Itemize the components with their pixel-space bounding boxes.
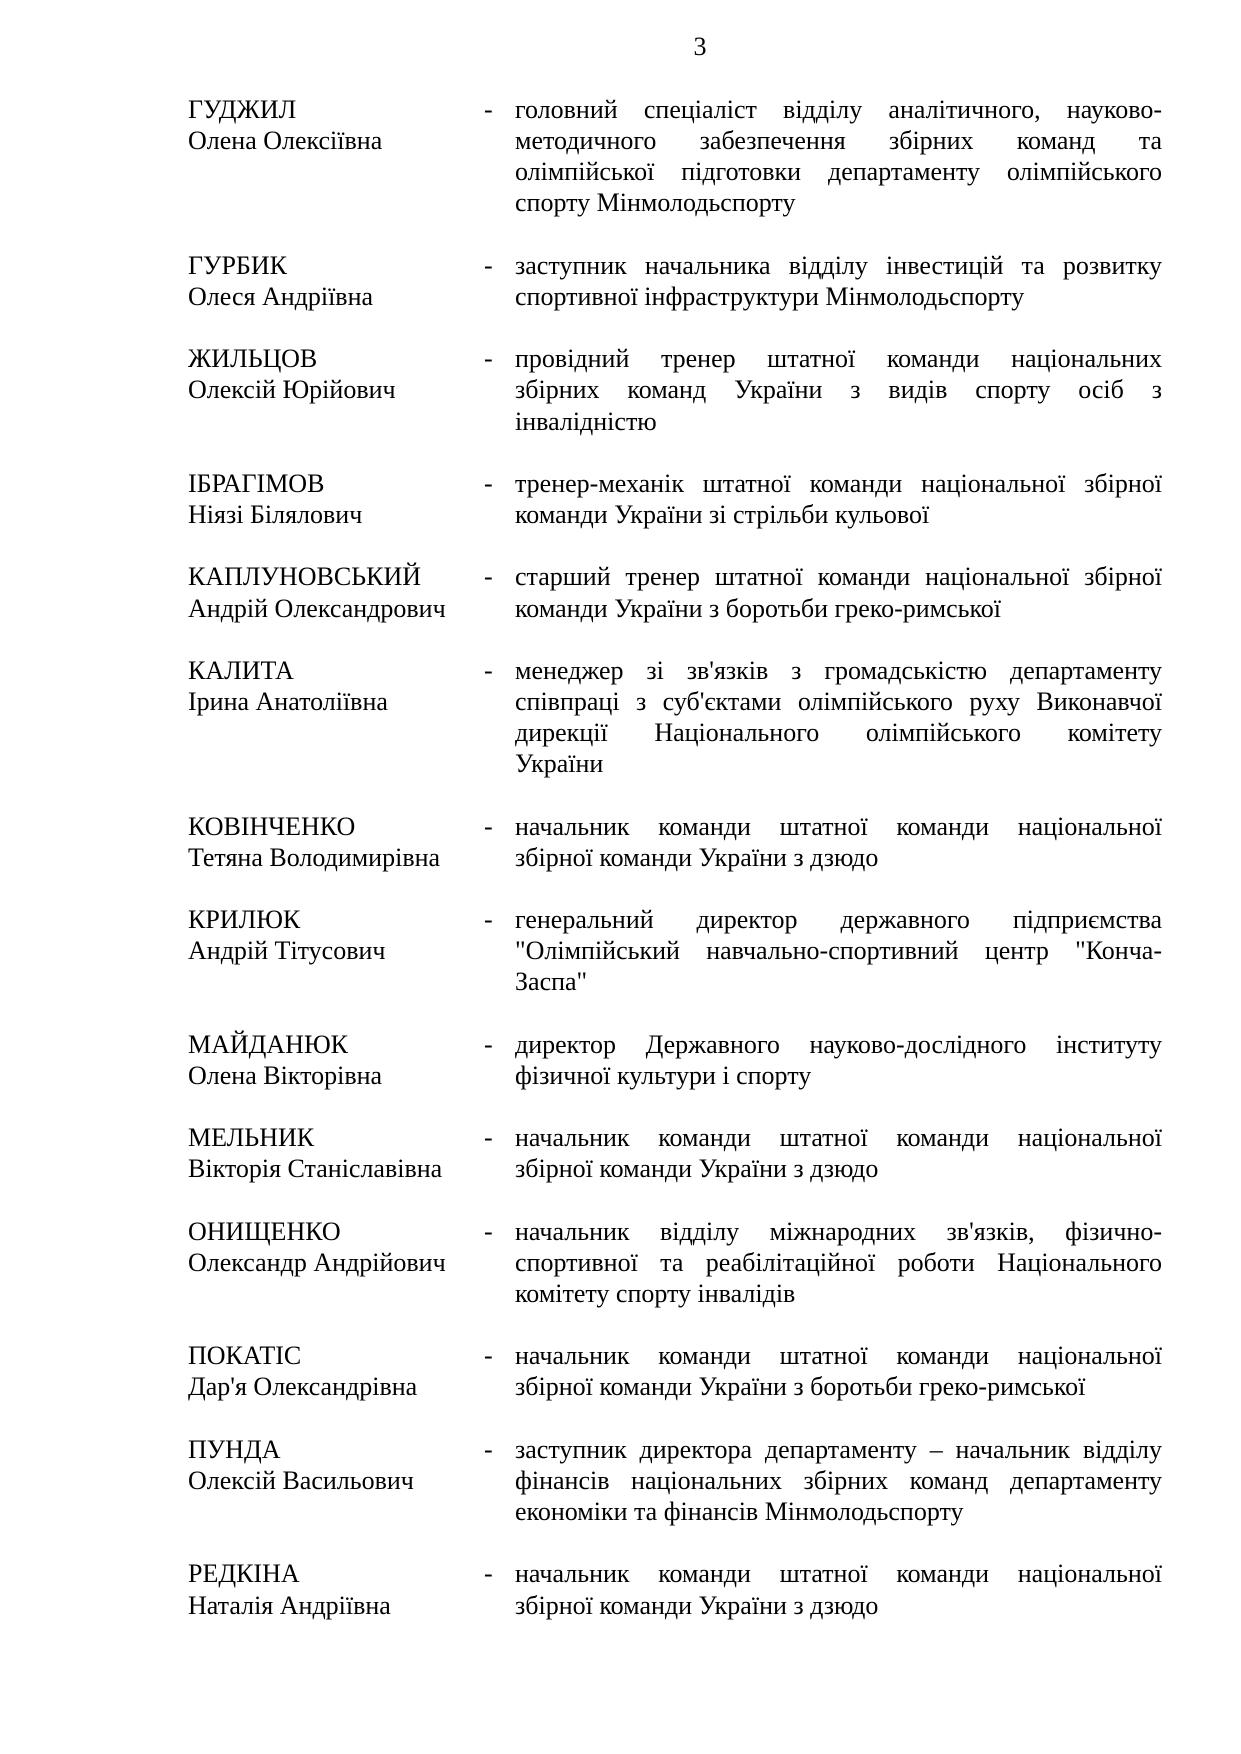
description-line: фінансів національних збірних команд деп… xyxy=(515,1465,1162,1496)
person-name: ГУДЖИЛ Олена Олексіївна xyxy=(188,94,488,156)
description-line: генеральний директор державного підприєм… xyxy=(515,904,1162,935)
person-name: ГУРБИК Олеся Андріївна xyxy=(188,250,488,312)
list-item: ПОКАТІС Дар'я Олександрівна - начальник … xyxy=(0,1340,1241,1402)
separator-dash: - xyxy=(484,561,493,592)
description-line: інвалідністю xyxy=(515,406,1162,437)
list-item: ГУДЖИЛ Олена Олексіївна - головний спеці… xyxy=(0,94,1241,219)
list-item: КРИЛЮК Андрій Тітусович - генеральний ди… xyxy=(0,904,1241,997)
separator-dash: - xyxy=(484,1558,493,1589)
position-description: тренер-механік штатної команди національ… xyxy=(515,468,1162,530)
description-line: провідний тренер штатної команди націона… xyxy=(515,343,1162,374)
person-given-names: Ірина Анатоліївна xyxy=(188,686,488,717)
description-line: фізичної культури і спорту xyxy=(515,1060,1162,1091)
person-surname: КАЛИТА xyxy=(188,655,488,686)
description-line: спорту Мінмолодьспорту xyxy=(515,187,1162,218)
person-name: ІБРАГІМОВ Ніязі Білялович xyxy=(188,468,488,530)
separator-dash: - xyxy=(484,94,493,125)
person-given-names: Олексій Юрійович xyxy=(188,374,488,405)
person-given-names: Олена Вікторівна xyxy=(188,1060,488,1091)
person-name: РЕДКІНА Наталія Андріївна xyxy=(188,1558,488,1620)
list-item: КАЛИТА Ірина Анатоліївна - менеджер зі з… xyxy=(0,655,1241,780)
description-line: "Олімпійський навчально-спортивний центр… xyxy=(515,935,1162,966)
person-given-names: Тетяна Володимирівна xyxy=(188,842,488,873)
person-surname: КОВІНЧЕНКО xyxy=(188,811,488,842)
separator-dash: - xyxy=(484,904,493,935)
description-line: олімпійської підготовки департаменту олі… xyxy=(515,156,1162,187)
description-line: заступник начальника відділу інвестицій … xyxy=(515,250,1162,281)
description-line: менеджер зі зв'язків з громадськістю деп… xyxy=(515,655,1162,686)
list-item: РЕДКІНА Наталія Андріївна - начальник ко… xyxy=(0,1558,1241,1620)
person-surname: ГУРБИК xyxy=(188,250,488,281)
description-line: команди України з боротьби греко-римсько… xyxy=(515,593,1162,624)
description-line: комітету спорту інвалідів xyxy=(515,1278,1162,1309)
separator-dash: - xyxy=(484,1216,493,1247)
person-surname: КАПЛУНОВСЬКИЙ xyxy=(188,561,488,592)
person-name: ЖИЛЬЦОВ Олексій Юрійович xyxy=(188,343,488,405)
person-given-names: Андрій Олександрович xyxy=(188,593,488,624)
position-description: старший тренер штатної команди національ… xyxy=(515,561,1162,623)
person-surname: ПОКАТІС xyxy=(188,1340,488,1371)
description-line: методичного забезпечення збірних команд … xyxy=(515,125,1162,156)
person-surname: ЖИЛЬЦОВ xyxy=(188,343,488,374)
list-item: ОНИЩЕНКО Олександр Андрійович - начальни… xyxy=(0,1216,1241,1309)
position-description: начальник команди штатної команди націон… xyxy=(515,1558,1162,1620)
description-line: головний спеціаліст відділу аналітичного… xyxy=(515,94,1162,125)
person-name: КРИЛЮК Андрій Тітусович xyxy=(188,904,488,966)
position-description: начальник команди штатної команди націон… xyxy=(515,1340,1162,1402)
separator-dash: - xyxy=(484,250,493,281)
person-name: КОВІНЧЕНКО Тетяна Володимирівна xyxy=(188,811,488,873)
person-surname: ПУНДА xyxy=(188,1434,488,1465)
person-name: КАЛИТА Ірина Анатоліївна xyxy=(188,655,488,717)
description-line: спортивної та реабілітаційної роботи Нац… xyxy=(515,1247,1162,1278)
person-surname: ГУДЖИЛ xyxy=(188,94,488,125)
list-item: ЖИЛЬЦОВ Олексій Юрійович - провідний тре… xyxy=(0,343,1241,436)
description-line: співпраці з суб'єктами олімпійського рух… xyxy=(515,686,1162,717)
separator-dash: - xyxy=(484,1434,493,1465)
list-item: ПУНДА Олексій Васильович - заступник дир… xyxy=(0,1434,1241,1527)
list-item: МАЙДАНЮК Олена Вікторівна - директор Дер… xyxy=(0,1029,1241,1091)
person-name: ПУНДА Олексій Васильович xyxy=(188,1434,488,1496)
separator-dash: - xyxy=(484,811,493,842)
page-number: 3 xyxy=(0,31,1241,62)
description-line: команди України зі стрільби кульової xyxy=(515,499,1162,530)
person-surname: МЕЛЬНИК xyxy=(188,1122,488,1153)
description-line: начальник команди штатної команди націон… xyxy=(515,1340,1162,1371)
separator-dash: - xyxy=(484,1122,493,1153)
position-description: головний спеціаліст відділу аналітичного… xyxy=(515,94,1162,219)
person-given-names: Олена Олексіївна xyxy=(188,125,488,156)
person-name: МАЙДАНЮК Олена Вікторівна xyxy=(188,1029,488,1091)
position-description: заступник директора департаменту – начал… xyxy=(515,1434,1162,1527)
person-given-names: Вікторія Станіславівна xyxy=(188,1153,488,1184)
description-line: України xyxy=(515,748,1162,779)
position-description: начальник команди штатної команди націон… xyxy=(515,1122,1162,1184)
personnel-list: ГУДЖИЛ Олена Олексіївна - головний спеці… xyxy=(0,94,1241,1652)
person-given-names: Ніязі Білялович xyxy=(188,499,488,530)
list-item: МЕЛЬНИК Вікторія Станіславівна - начальн… xyxy=(0,1122,1241,1184)
position-description: начальник відділу міжнародних зв'язків, … xyxy=(515,1216,1162,1309)
separator-dash: - xyxy=(484,1029,493,1060)
description-line: начальник команди штатної команди націон… xyxy=(515,1558,1162,1589)
position-description: менеджер зі зв'язків з громадськістю деп… xyxy=(515,655,1162,780)
person-surname: КРИЛЮК xyxy=(188,904,488,935)
description-line: начальник команди штатної команди націон… xyxy=(515,1122,1162,1153)
list-item: КАПЛУНОВСЬКИЙ Андрій Олександрович - ста… xyxy=(0,561,1241,623)
description-line: директор Державного науково-дослідного і… xyxy=(515,1029,1162,1060)
list-item: КОВІНЧЕНКО Тетяна Володимирівна - началь… xyxy=(0,811,1241,873)
description-line: збірної команди України з дзюдо xyxy=(515,1590,1162,1621)
description-line: збірної команди України з дзюдо xyxy=(515,842,1162,873)
person-name: КАПЛУНОВСЬКИЙ Андрій Олександрович xyxy=(188,561,488,623)
description-line: збірної команди України з дзюдо xyxy=(515,1153,1162,1184)
description-line: тренер-механік штатної команди національ… xyxy=(515,468,1162,499)
person-given-names: Олеся Андріївна xyxy=(188,281,488,312)
person-name: ПОКАТІС Дар'я Олександрівна xyxy=(188,1340,488,1402)
person-name: МЕЛЬНИК Вікторія Станіславівна xyxy=(188,1122,488,1184)
list-item: ІБРАГІМОВ Ніязі Білялович - тренер-механ… xyxy=(0,468,1241,530)
list-item: ГУРБИК Олеся Андріївна - заступник начал… xyxy=(0,250,1241,312)
person-given-names: Наталія Андріївна xyxy=(188,1590,488,1621)
position-description: генеральний директор державного підприєм… xyxy=(515,904,1162,997)
description-line: заступник директора департаменту – начал… xyxy=(515,1434,1162,1465)
person-surname: МАЙДАНЮК xyxy=(188,1029,488,1060)
person-name: ОНИЩЕНКО Олександр Андрійович xyxy=(188,1216,488,1278)
position-description: провідний тренер штатної команди націона… xyxy=(515,343,1162,436)
position-description: заступник начальника відділу інвестицій … xyxy=(515,250,1162,312)
description-line: Заспа" xyxy=(515,966,1162,997)
separator-dash: - xyxy=(484,468,493,499)
description-line: спортивної інфраструктури Мінмолодьспорт… xyxy=(515,281,1162,312)
separator-dash: - xyxy=(484,655,493,686)
person-given-names: Андрій Тітусович xyxy=(188,935,488,966)
description-line: збірної команди України з боротьби греко… xyxy=(515,1371,1162,1402)
person-given-names: Олексій Васильович xyxy=(188,1465,488,1496)
position-description: начальник команди штатної команди націон… xyxy=(515,811,1162,873)
person-surname: РЕДКІНА xyxy=(188,1558,488,1589)
person-surname: ОНИЩЕНКО xyxy=(188,1216,488,1247)
description-line: начальник відділу міжнародних зв'язків, … xyxy=(515,1216,1162,1247)
person-given-names: Олександр Андрійович xyxy=(188,1247,488,1278)
person-surname: ІБРАГІМОВ xyxy=(188,468,488,499)
position-description: директор Державного науково-дослідного і… xyxy=(515,1029,1162,1091)
description-line: економіки та фінансів Мінмолодьспорту xyxy=(515,1496,1162,1527)
description-line: збірних команд України з видів спорту ос… xyxy=(515,374,1162,405)
person-given-names: Дар'я Олександрівна xyxy=(188,1371,488,1402)
separator-dash: - xyxy=(484,343,493,374)
description-line: старший тренер штатної команди національ… xyxy=(515,561,1162,592)
separator-dash: - xyxy=(484,1340,493,1371)
description-line: дирекції Національного олімпійського ком… xyxy=(515,717,1162,748)
description-line: начальник команди штатної команди націон… xyxy=(515,811,1162,842)
